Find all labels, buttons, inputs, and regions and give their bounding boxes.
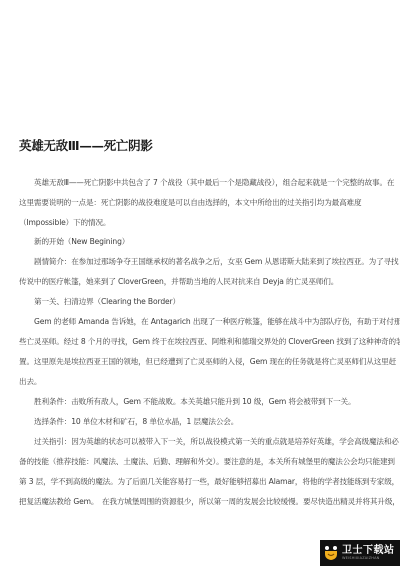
paragraph-line: 胜利条件：击败所有敌人，Gem 不能战败。本关英雄只能升到 10 级，Gem 将… <box>34 397 355 407</box>
paragraph-line: 这里需要说明的一点是：死亡阴影的战役难度是可以自由选择的，本文中所给出的过关指引… <box>19 198 361 208</box>
paragraph-line: 传说中的医疗帐篷，她来到了 CloverGreen，并帮助当地的人民对抗来自 D… <box>19 277 338 287</box>
paragraph-line: 出去。 <box>19 377 41 387</box>
paragraph-line: 英雄无敌Ⅲ——死亡阴影中共包含了 7 个战役（其中最后一个是隐藏战役），组合起来… <box>34 178 394 188</box>
paragraph-line: 把复活魔法教给 Gem。 在我方城堡周围的资源很少，所以第一周的发展会比较缓慢。… <box>19 497 400 507</box>
paragraph-line: 备的技能（推荐技能：风魔法、土魔法、后勤、理解和外交）。要注意的是，本关所有城堡… <box>19 457 395 467</box>
paragraph-line: 第 3 层，学不到高级的魔法。为了后面几关能容易打一些，最好能够招募出 Alam… <box>19 477 399 487</box>
paragraph-line: 置。这里原先是埃拉西亚王国的领地，但已经遭到了亡灵巫师的入侵，Gem 现在的任务… <box>19 357 396 367</box>
paragraph-line: Gem 的老师 Amanda 告诉她，在 Antagarich 出现了一种医疗帐… <box>34 317 400 327</box>
paragraph-line: 剧情简介：在参加过那场争夺王国继承权的著名战争之后，女巫 Gem 从恩诺斯大陆来… <box>34 257 398 267</box>
site-watermark: 卫士下载站 WEISHIXIAZAIZHAN <box>320 540 400 566</box>
watermark-name: 卫士下载站 <box>342 545 395 556</box>
paragraph-line: 些亡灵巫师。经过 8 个月的寻找，Gem 终于在埃拉西亚、阿维利和德瑞交界处的 … <box>19 337 400 347</box>
watermark-subtitle: WEISHIXIAZAIZHAN <box>342 556 395 561</box>
document-title: 英雄无敌Ⅲ——死亡阴影 <box>19 136 153 154</box>
document-page: 英雄无敌Ⅲ——死亡阴影 英雄无敌Ⅲ——死亡阴影中共包含了 7 个战役（其中最后一… <box>0 0 400 566</box>
section-heading: 第一关、扫清边界（Clearing the Border） <box>34 297 180 307</box>
bee-shield-icon <box>323 545 339 561</box>
section-heading: 新的开始（New Begining） <box>34 237 129 247</box>
paragraph-line: 过关指引：因为英雄的状态可以被带入下一关，所以战役模式第一关的重点就是培养好英雄… <box>34 437 399 447</box>
paragraph-line: （Impossible）下的情况。 <box>19 218 110 228</box>
paragraph-line: 选择条件：10 单位木材和矿石，8 单位水晶，1 层魔法公会。 <box>34 417 238 427</box>
